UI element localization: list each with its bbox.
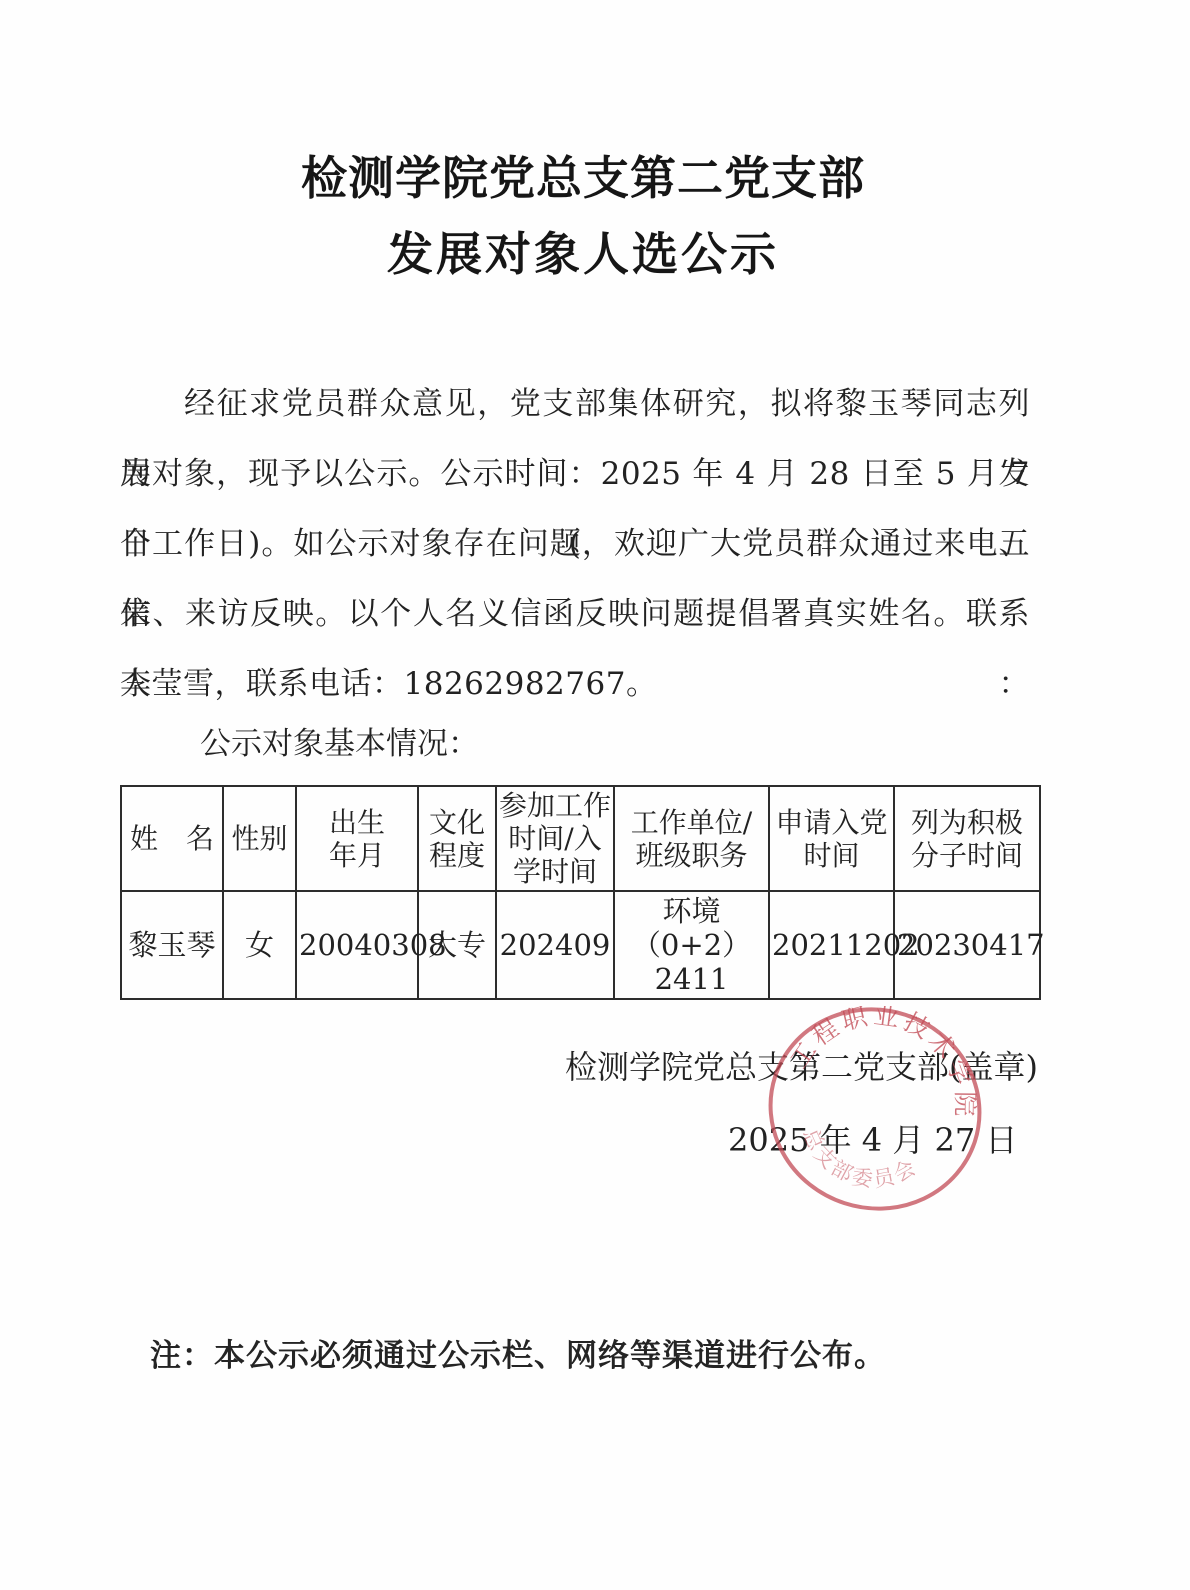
header-name: 姓 名 bbox=[121, 786, 223, 891]
table-header-row: 姓 名 性别 出生 年月 文化 程度 参加工作 时间/入 学时间 工作单位/ 班… bbox=[121, 786, 1040, 891]
cell-name: 黎玉琴 bbox=[121, 891, 223, 999]
footer-note: 注：本公示必须通过公示栏、网络等渠道进行公布。 bbox=[150, 1332, 886, 1380]
cell-work-unit: 环境（0+2） 2411 bbox=[614, 891, 769, 999]
paragraph-line: 个工作日)。如公示对象存在问题，欢迎广大党员群众通过来电、来 bbox=[120, 509, 1030, 579]
paragraph-line: 信、来访反映。以个人名义信函反映问题提倡署真实姓名。联系人： bbox=[120, 579, 1030, 649]
header-work-start-time: 参加工作 时间/入 学时间 bbox=[496, 786, 614, 891]
basic-info-table: 姓 名 性别 出生 年月 文化 程度 参加工作 时间/入 学时间 工作单位/ 班… bbox=[120, 785, 1041, 1000]
cell-work-start-time: 202409 bbox=[496, 891, 614, 999]
signature-date-line: 2025 年 4 月 27 日 bbox=[728, 1118, 1017, 1162]
header-birthdate: 出生 年月 bbox=[296, 786, 418, 891]
cell-apply-time: 20211202 bbox=[769, 891, 894, 999]
document-title: 检测学院党总支第二党支部 发展对象人选公示 bbox=[0, 140, 1178, 292]
scanned-notice-document: 检测学院党总支第二党支部 发展对象人选公示 经征求党员群众意见，党支部集体研究，… bbox=[0, 0, 1190, 1590]
signature-org-line: 检测学院党总支第二党支部(盖章) bbox=[565, 1045, 1038, 1089]
header-activist-time: 列为积极 分子时间 bbox=[894, 786, 1040, 891]
header-education: 文化 程度 bbox=[418, 786, 496, 891]
announcement-paragraph: 经征求党员群众意见，党支部集体研究，拟将黎玉琴同志列为发 展对象，现予以公示。公… bbox=[120, 369, 1030, 719]
table-data-row: 黎玉琴 女 20040308 大专 202409 环境（0+2） 2411 20… bbox=[121, 891, 1040, 999]
title-line-2: 发展对象人选公示 bbox=[0, 216, 1178, 292]
cell-gender: 女 bbox=[223, 891, 296, 999]
official-seal-stamp: 工程职业技术学院 总支部委员会 bbox=[764, 1006, 986, 1216]
header-work-unit: 工作单位/ 班级职务 bbox=[614, 786, 769, 891]
title-line-1: 检测学院党总支第二党支部 bbox=[0, 140, 1178, 216]
table-intro-label: 公示对象基本情况： bbox=[200, 722, 479, 766]
header-gender: 性别 bbox=[223, 786, 296, 891]
cell-education: 大专 bbox=[418, 891, 496, 999]
cell-activist-time: 20230417 bbox=[894, 891, 1040, 999]
cell-birthdate: 20040308 bbox=[296, 891, 418, 999]
seal-ring bbox=[764, 1006, 986, 1216]
header-apply-time: 申请入党 时间 bbox=[769, 786, 894, 891]
paragraph-line: 展对象，现予以公示。公示时间：2025 年 4 月 28 日至 5 月 7 日(… bbox=[120, 439, 1030, 509]
paragraph-line: 经征求党员群众意见，党支部集体研究，拟将黎玉琴同志列为发 bbox=[120, 369, 1030, 439]
